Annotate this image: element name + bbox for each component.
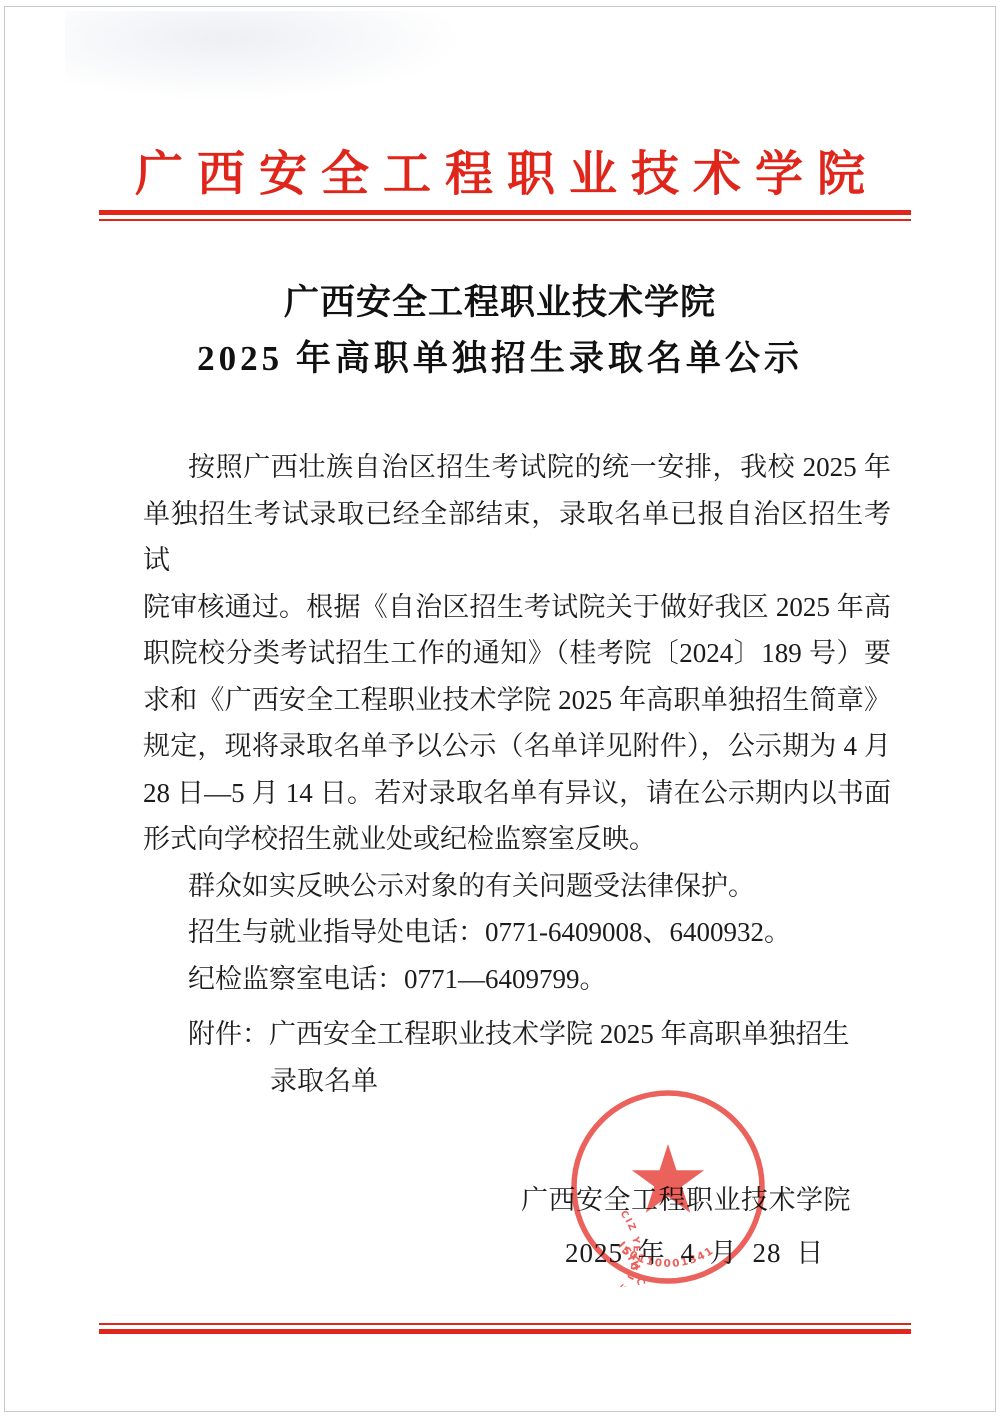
body-line: 形式向学校招生就业处或纪检监察室反映。 <box>143 816 891 863</box>
letterhead-org-name: 广西安全工程职业技术学院 <box>5 135 995 204</box>
attachment-note: 附件：广西安全工程职业技术学院 2025 年高职单独招生 录取名单 <box>143 1011 891 1104</box>
body-line: 按照广西壮族自治区招生考试院的统一安排，我校 2025 年 <box>143 444 891 491</box>
paragraph-admissions-phone: 招生与就业指导处电话：0771-6409008、6400932。 <box>143 909 891 956</box>
scan-smudge <box>65 11 465 101</box>
paragraph-legal-protection: 群众如实反映公示对象的有关问题受法律保护。 <box>143 863 891 910</box>
footer-divider-thin <box>99 1323 911 1325</box>
body-line: 职院校分类考试招生工作的通知》（桂考院〔2024〕189 号）要 <box>143 630 891 677</box>
document-title: 广西安全工程职业技术学院 2025 年高职单独招生录取名单公示 <box>5 275 995 387</box>
body-line: 规定，现将录取名单予以公示（名单详见附件），公示期为 4 月 <box>143 723 891 770</box>
body-line: 院审核通过。根据《自治区招生考试院关于做好我区 2025 年高 <box>143 584 891 631</box>
seal-star-icon <box>632 1144 704 1213</box>
document-page: 广西安全工程职业技术学院 广西安全工程职业技术学院 2025 年高职单独招生录取… <box>4 6 996 1412</box>
letterhead-divider-thin <box>99 219 911 221</box>
footer-divider-thick <box>99 1329 911 1334</box>
official-seal: ISIH CENZ GUNGH CWNGZ 广西安全工程职业技术学院 CIZ Y… <box>568 1087 768 1287</box>
paragraph-discipline-phone: 纪检监察室电话：0771—6409799。 <box>143 956 891 1003</box>
body-line: 28 日—5 月 14 日。若对录取名单有异议，请在公示期内以书面 <box>143 770 891 817</box>
letterhead-divider-thick <box>99 210 911 215</box>
document-title-line-1: 广西安全工程职业技术学院 <box>5 275 995 331</box>
body-text: 按照广西壮族自治区招生考试院的统一安排，我校 2025 年 单独招生考试录取已经… <box>143 444 891 1002</box>
document-title-line-2: 2025 年高职单独招生录取名单公示 <box>5 331 995 387</box>
body-line: 求和《广西安全工程职业技术学院 2025 年高职单独招生简章》 <box>143 677 891 724</box>
scanned-document: { "letterhead": { "org_name": "广西安全工程职业技… <box>0 0 1000 1416</box>
body-line: 单独招生考试录取已经全部结束，录取名单已报自治区招生考试 <box>143 491 891 584</box>
attachment-line-1: 附件：广西安全工程职业技术学院 2025 年高职单独招生 <box>143 1011 891 1058</box>
